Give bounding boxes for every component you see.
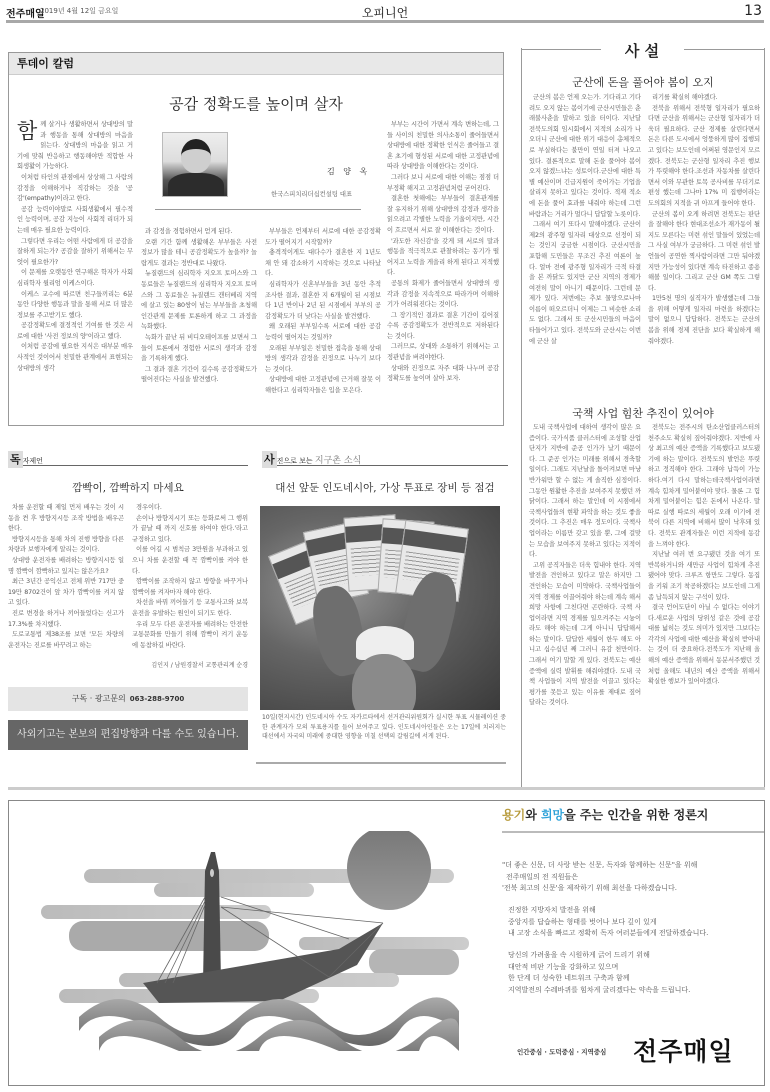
reader-column-header: 독자제언 xyxy=(8,448,248,466)
editorial-2-col2: 전북도는 전주시의 탄소산업클러스터의 천주소도 확실히 짚어줘야겠다. 지반에… xyxy=(648,423,760,688)
ad-paragraph-3: 당신의 가려움을 속 시원하게 긁어 드리기 위해 대안적 비판 기능을 강화하… xyxy=(502,950,764,996)
divider xyxy=(684,49,765,50)
ship-illustration xyxy=(39,831,479,1051)
reader-text-col1: 차를 운전할 때 제일 먼저 배우는 것이 시동을 켠 후 방향지시등 조작 방… xyxy=(8,503,124,651)
author-name: 김 양 옥 xyxy=(327,166,370,177)
photo-label-highlight: 지구촌 소식 xyxy=(315,456,361,466)
editorial-title-1: 군산에 돈을 풀어야 봄이 오지 xyxy=(521,74,765,90)
today-column: 투데이 칼럼 공감 정확도를 높이며 살자 함 께 살거나 생활하면서 상대방의… xyxy=(8,52,504,426)
divider xyxy=(8,787,765,790)
reader-signature: 김인지 / 남원경찰서 교통관리계 순경 xyxy=(132,660,248,669)
divider xyxy=(521,49,601,50)
editorial-1-col2: 리기를 확실히 해야겠다. 전북을 위해서 전북형 일자리가 필요하다면 군산을… xyxy=(648,93,760,347)
column-text-col4: 부부는 시간이 가면서 계속 변하는데, 그들 사이의 친밀한 의사소통이 줄어… xyxy=(387,120,499,385)
reader-label-cap: 독 xyxy=(8,451,23,468)
paper-logo: 전주매일 xyxy=(633,1032,734,1068)
reader-label: 자제언 xyxy=(23,457,43,465)
ad-tagline: 인간중심 · 도덕중심 · 지역중심 xyxy=(517,1047,606,1056)
subscribe-label: 구독 · 광고문의 xyxy=(72,694,126,703)
disclaimer-bar: 사외기고는 본보의 편집방향과 다를 수도 있습니다. xyxy=(8,720,248,750)
page-number: 13 xyxy=(744,3,762,19)
column-text-col2: 과 감정을 경험하면서 얻게 된다. 오랜 기간 함께 생활해온 부부들은 사전… xyxy=(141,227,257,386)
editorial-title-2: 국책 사업 힘찬 추진이 있어야 xyxy=(521,405,765,421)
ad-slogan: 용기와 희망을 주는 인간을 위한 정론지 xyxy=(502,806,708,823)
author-portrait xyxy=(162,132,228,197)
ad-paragraph-2: 진정한 지방자치 발전을 위해 중앙지를 답습하는 형태를 벗어나 보다 깊이 … xyxy=(502,905,764,940)
divider xyxy=(256,762,506,764)
editorial-1-col1: 군산의 봄은 언제 오는가. 기다리고 기다려도 오지 않는 봄이기에 군산시민… xyxy=(529,93,641,347)
divider xyxy=(155,209,361,210)
divider xyxy=(502,831,764,833)
ad-paragraph-1: "더 좋은 신문, 더 사랑 받는 신문, 독자와 함께하는 신문"을 위해 전… xyxy=(502,860,764,895)
reader-text-col2: 경우이다. 손이나 방향지시기 또는 등화로써 그 행위가 끝날 때 까지 신호… xyxy=(132,503,248,651)
editorial-label: 사 설 xyxy=(600,40,684,61)
reader-title: 깜빡이, 깜빡하지 마세요 xyxy=(8,480,248,495)
photo-news-header: 사진으로 보는 지구촌 소식 xyxy=(262,448,508,466)
photo-label: 진으로 보는 xyxy=(277,457,315,465)
subscribe-phone[interactable]: 063-288-9700 xyxy=(130,695,185,703)
author-title: 한국스피치리더십컨설팅 대표 xyxy=(271,189,352,198)
column-text-col1: 함 께 살거나 생활하면서 상대방의 말과 행동을 통해 상대방의 마음을 읽는… xyxy=(17,120,133,374)
column-text-col3: 부부들은 언제부터 서로에 대한 공감정확도가 떨어지기 시작할까? 충격적이게… xyxy=(265,227,381,397)
column-label: 투데이 칼럼 xyxy=(9,53,503,75)
editorial-2-col1: 도내 국책사업에 대하여 생각이 많은 요즘이다. 국가식품 클러스터에 조성할… xyxy=(529,423,641,709)
news-photo xyxy=(260,506,500,710)
photo-caption: 10일(현지시간) 인도네시아 수도 자카르타에서 선거관리위원회가 실시한 투… xyxy=(262,713,506,742)
section-name: 오피니언 xyxy=(6,4,764,21)
dropcap: 함 xyxy=(17,120,37,142)
column-title: 공감 정확도를 높이며 살자 xyxy=(9,93,503,114)
subscribe-bar: 구독 · 광고문의063-288-9700 xyxy=(8,687,248,711)
header-rule xyxy=(6,20,764,23)
page-header: 전주매일 2019년 4월 12일 금요일 오피니언 13 xyxy=(6,2,764,22)
photo-label-cap: 사 xyxy=(262,451,277,468)
photo-news-title: 대선 앞둔 인도네시아, 가상 투표로 장비 등 점검 xyxy=(262,480,508,495)
